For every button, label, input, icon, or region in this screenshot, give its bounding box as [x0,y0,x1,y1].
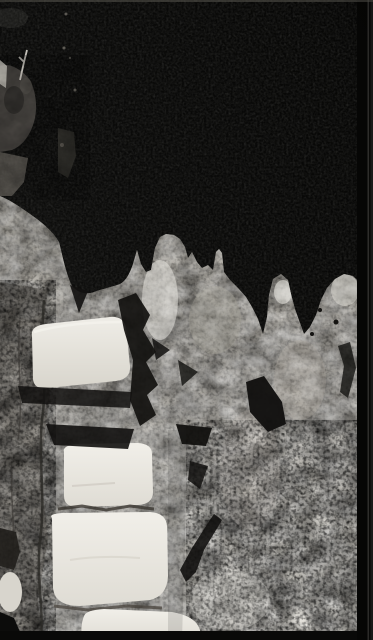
photograph: Stone steps through eroded masonry ruins [0,0,373,640]
photo-image: Stone steps through eroded masonry ruins [0,0,373,640]
vignette [0,0,373,640]
